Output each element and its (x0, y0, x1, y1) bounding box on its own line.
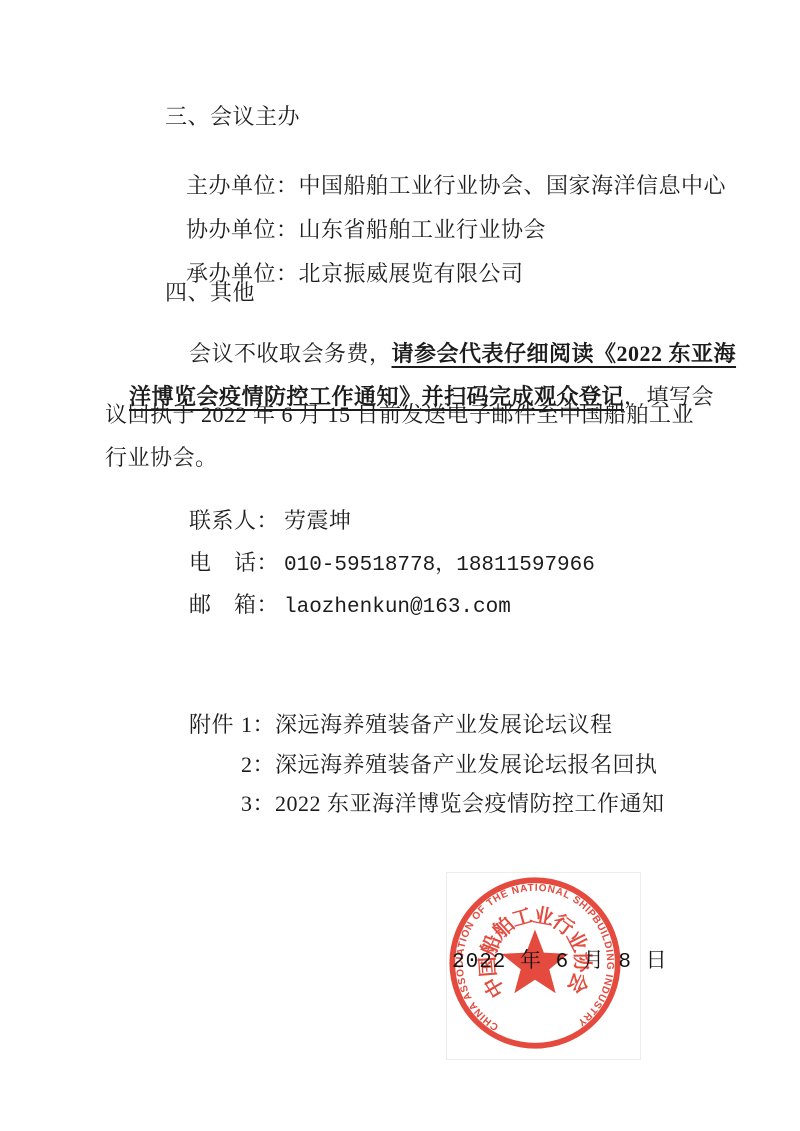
paragraph-line-3: 议回执于 2022 年 6 月 15 日前发送电子邮件至中国船舶工业 (105, 402, 694, 427)
attachment-title: 2022 东亚海洋博览会疫情防控工作通知 (275, 791, 665, 816)
attachment-row-3: 3：2022 东亚海洋博览会疫情防控工作通知 (217, 766, 665, 842)
contact-label: 邮 箱： (189, 592, 284, 617)
section-3-heading: 三、会议主办 (165, 104, 300, 129)
document-page: 三、会议主办 主办单位：中国船舶工业行业协会、国家海洋信息中心 协办单位：山东省… (0, 0, 800, 1131)
paragraph-line-4: 行业协会。 (105, 445, 218, 470)
contact-row-email: 邮 箱：laozhenkun@163.com (165, 567, 511, 646)
section-4-heading: 四、其他 (165, 280, 255, 305)
document-date: 2022 年 6 月 8 日 (452, 944, 668, 974)
attachment-number: 3： (241, 791, 275, 816)
contact-email-address: laozhenkun@163.com (284, 596, 511, 619)
organizer-value: 北京振威展览有限公司 (299, 261, 524, 286)
